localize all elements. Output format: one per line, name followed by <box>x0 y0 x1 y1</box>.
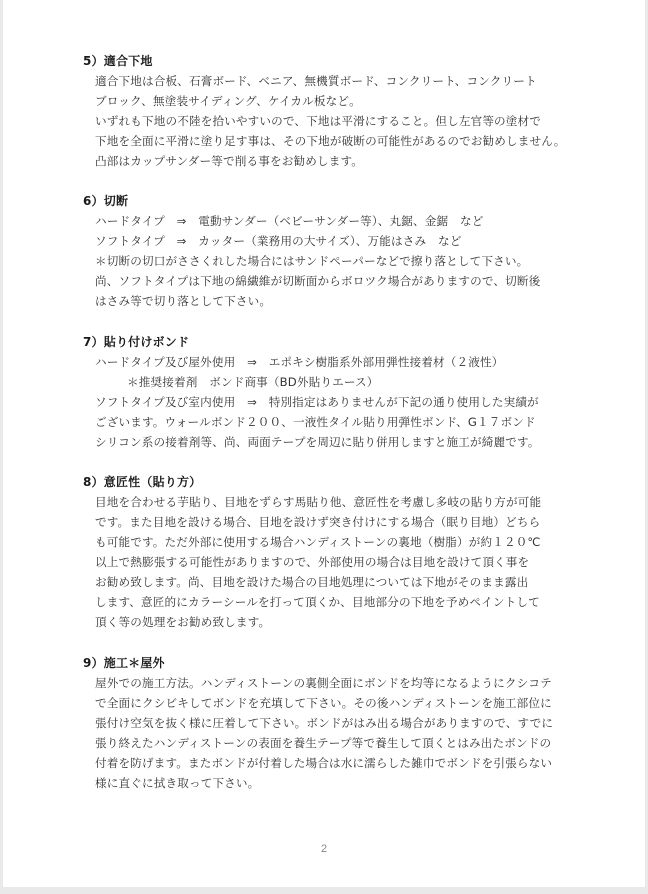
body-line: 張付け空気を抜く様に圧着して下さい。ボンドがはみ出る場合がありますので、すでに <box>83 713 583 733</box>
body-line: も可能です。ただ外部に使用する場合ハンディストーンの裏地（樹脂）が約１２０℃ <box>83 532 583 552</box>
section-heading: 5）適合下地 <box>83 51 583 71</box>
body-line: 付着を防げます。またボンドが付着した場合は水に濡らした雑巾でボンドを引張らない <box>83 753 583 773</box>
section-7-adhesive: 7）貼り付けボンド ハードタイプ及び屋外使用 ⇒ エポキシ樹脂系外部用弾性接着材… <box>83 332 583 452</box>
section-6-cutting: 6）切断 ハードタイプ ⇒ 電動サンダー（ベビーサンダー等）、丸鋸、金鋸 など … <box>83 191 583 311</box>
body-line: ＊切断の切口がささくれした場合にはサンドペーパーなどで擦り落として下さい。 <box>83 251 583 271</box>
section-heading: 8）意匠性（貼り方） <box>83 472 583 492</box>
body-line: 適合下地は合板、石膏ボード、ベニア、無機質ボード、コンクリート、コンクリート <box>83 71 583 91</box>
body-line: ございます。ウォールボンド２００、一液性タイル貼り用弾性ボンド、G１７ボンド <box>83 412 583 432</box>
body-line: ソフトタイプ ⇒ カッター（業務用の大サイズ）、万能はさみ など <box>83 231 583 251</box>
document-page: 5）適合下地 適合下地は合板、石膏ボード、ベニア、無機質ボード、コンクリート、コ… <box>3 0 645 887</box>
body-line: いずれも下地の不陸を拾いやすいので、下地は平滑にすること。但し左官等の塗材で <box>83 111 583 131</box>
section-9-outdoor-installation: 9）施工＊屋外 屋外での施工方法。ハンディストーンの裏側全面にボンドを均等になる… <box>83 653 583 793</box>
body-line-recommended: ＊推奨接着剤 ボンド商事（BD外貼りエース） <box>83 372 583 392</box>
body-line: 張り終えたハンディストーンの表面を養生テープ等で養生して頂くとはみ出たボンドの <box>83 733 583 753</box>
body-line: です。また目地を設ける場合、目地を設けず突き付けにする場合（眠り目地）どちら <box>83 512 583 532</box>
body-line: 頂く等の処理をお勧め致します。 <box>83 612 583 632</box>
page-number: 2 <box>3 843 645 855</box>
body-line: シリコン系の接着剤等、尚、両面テープを周辺に貼り併用しますと施工が綺麗です。 <box>83 432 583 452</box>
body-line: はさみ等で切り落として下さい。 <box>83 291 583 311</box>
body-line: します、意匠的にカラーシールを打って頂くか、目地部分の下地を予めペイントして <box>83 592 583 612</box>
section-5-suitable-substrate: 5）適合下地 適合下地は合板、石膏ボード、ベニア、無機質ボード、コンクリート、コ… <box>83 51 583 171</box>
body-line: 屋外での施工方法。ハンディストーンの裏側全面にボンドを均等になるようにクシコテ <box>83 673 583 693</box>
section-8-design: 8）意匠性（貼り方） 目地を合わせる芋貼り、目地をずらす馬貼り他、意匠性を考慮し… <box>83 472 583 632</box>
section-heading: 6）切断 <box>83 191 583 211</box>
body-line: ソフトタイプ及び室内使用 ⇒ 特別指定はありませんが下記の通り使用した実績が <box>83 392 583 412</box>
body-line: 下地を全面に平滑に塗り足す事は、その下地が破断の可能性があるのでお勧めしません。 <box>83 131 583 151</box>
body-line: 凸部はカップサンダー等で削る事をお勧めします。 <box>83 151 583 171</box>
body-line: ハードタイプ及び屋外使用 ⇒ エポキシ樹脂系外部用弾性接着材（２液性） <box>83 352 583 372</box>
body-line: 様に直ぐに拭き取って下さい。 <box>83 773 583 793</box>
body-line: 尚、ソフトタイプは下地の綿繊維が切断面からボロツク場合がありますので、切断後 <box>83 271 583 291</box>
section-heading: 7）貼り付けボンド <box>83 332 583 352</box>
body-line: ハードタイプ ⇒ 電動サンダー（ベビーサンダー等）、丸鋸、金鋸 など <box>83 211 583 231</box>
body-line: お勧め致します。尚、目地を設けた場合の目地処理については下地がそのまま露出 <box>83 572 583 592</box>
body-line: 目地を合わせる芋貼り、目地をずらす馬貼り他、意匠性を考慮し多岐の貼り方が可能 <box>83 492 583 512</box>
section-heading: 9）施工＊屋外 <box>83 653 583 673</box>
body-line: 以上で熱膨張する可能性がありますので、外部使用の場合は目地を設けて頂く事を <box>83 552 583 572</box>
body-line: ブロック、無塗装サイディング、ケイカル板など。 <box>83 91 583 111</box>
body-line: で全面にクシビキしてボンドを充填して下さい。その後ハンディストーンを施工部位に <box>83 693 583 713</box>
